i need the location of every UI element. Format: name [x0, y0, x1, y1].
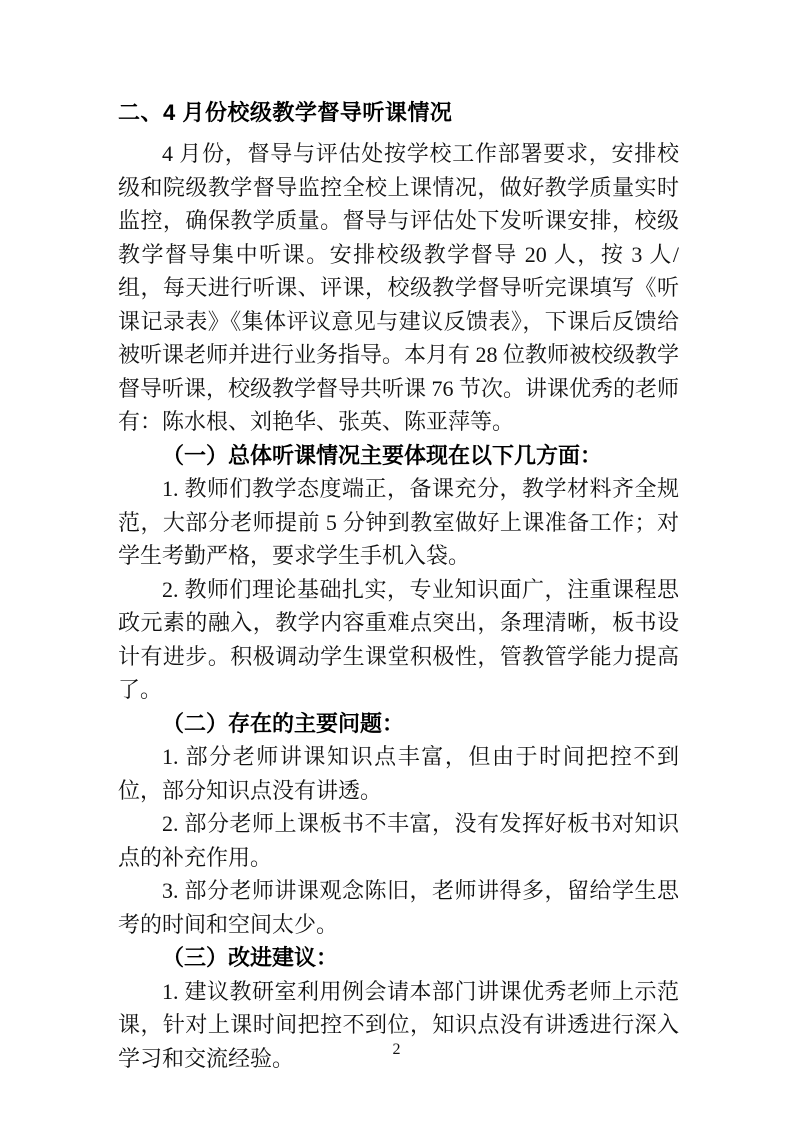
document-content: 二、4 月份校级教学督导听课情况 4 月份，督导与评估处按学校工作部署要求，安排…	[118, 96, 679, 1075]
section-2-item-3: 3. 部分老师讲课观念陈旧，老师讲得多，留给学生思考的时间和空间太少。	[118, 874, 679, 941]
section-1-item-2: 2. 教师们理论基础扎实，专业知识面广，注重课程思政元素的融入，教学内容重难点突…	[118, 573, 679, 707]
section-1-item-1: 1. 教师们教学态度端正，备课充分，教学材料齐全规范，大部分老师提前 5 分钟到…	[118, 472, 679, 573]
document-heading: 二、4 月份校级教学督导听课情况	[118, 96, 679, 130]
section-2-heading: （二）存在的主要问题：	[118, 707, 679, 741]
section-2-item-1: 1. 部分老师讲课知识点丰富，但由于时间把控不到位，部分知识点没有讲透。	[118, 740, 679, 807]
section-3-heading: （三）改进建议：	[118, 941, 679, 975]
section-2-item-2: 2. 部分老师上课板书不丰富，没有发挥好板书对知识点的补充作用。	[118, 807, 679, 874]
section-1-heading: （一）总体听课情况主要体现在以下几方面：	[118, 439, 679, 473]
intro-paragraph: 4 月份，督导与评估处按学校工作部署要求，安排校级和院级教学督导监控全校上课情况…	[118, 137, 679, 439]
page-number: 2	[0, 1040, 793, 1060]
document-page: 二、4 月份校级教学督导听课情况 4 月份，督导与评估处按学校工作部署要求，安排…	[0, 0, 793, 1122]
